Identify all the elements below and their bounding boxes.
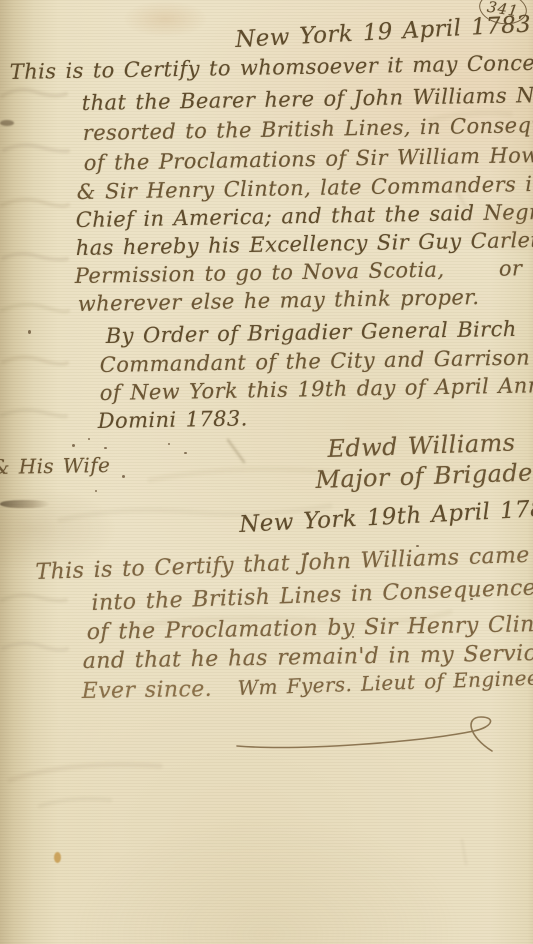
manuscript-page: 341 New York 19 April 1783 This is to Ce… [0, 0, 533, 944]
signature-name: Edwd Williams [327, 428, 516, 463]
manuscript-line: that the Bearer here of John Williams Ne… [82, 82, 533, 115]
manuscript-line: Domini 1783. [98, 406, 248, 433]
manuscript-line: Permission to go to Nova Scotia, or [75, 256, 523, 288]
manuscript-line: Ever since. [82, 677, 213, 704]
manuscript-line: of New York this 19th day of April Annoq… [100, 372, 533, 405]
manuscript-line: has hereby his Excellency Sir Guy Carlet… [76, 227, 533, 260]
manuscript-line: resorted to the British Lines, in Conseq… [83, 112, 533, 145]
margin-smudge [0, 500, 50, 508]
margin-note: & His Wife [0, 453, 110, 479]
manuscript-line: into the British Lines in Consequence [91, 575, 533, 616]
gutter-ink-mark [0, 120, 14, 126]
signature-title: Major of Brigade [315, 458, 533, 494]
manuscript-line: Chief in America; and that the said Negr… [76, 200, 533, 232]
manuscript-line: This is to Certify to whomsoever it may … [10, 50, 533, 84]
foxing-spot [54, 852, 61, 863]
manuscript-line: of the Proclamations of Sir William Howe… [84, 143, 533, 175]
dateline-second-certificate: New York 19th April 1783 [239, 495, 533, 538]
manuscript-line: of the Proclamation by Sir Henry Clinton [87, 612, 533, 645]
manuscript-line: & Sir Henry Clinton, late Commanders in [77, 172, 533, 204]
manuscript-line: Commandant of the City and Garrison [100, 345, 531, 377]
dateline-first-certificate: New York 19 April 1783 [235, 12, 532, 53]
manuscript-line: wherever else he may think proper. [78, 285, 480, 316]
manuscript-line: By Order of Brigadier General Birch [106, 317, 517, 348]
